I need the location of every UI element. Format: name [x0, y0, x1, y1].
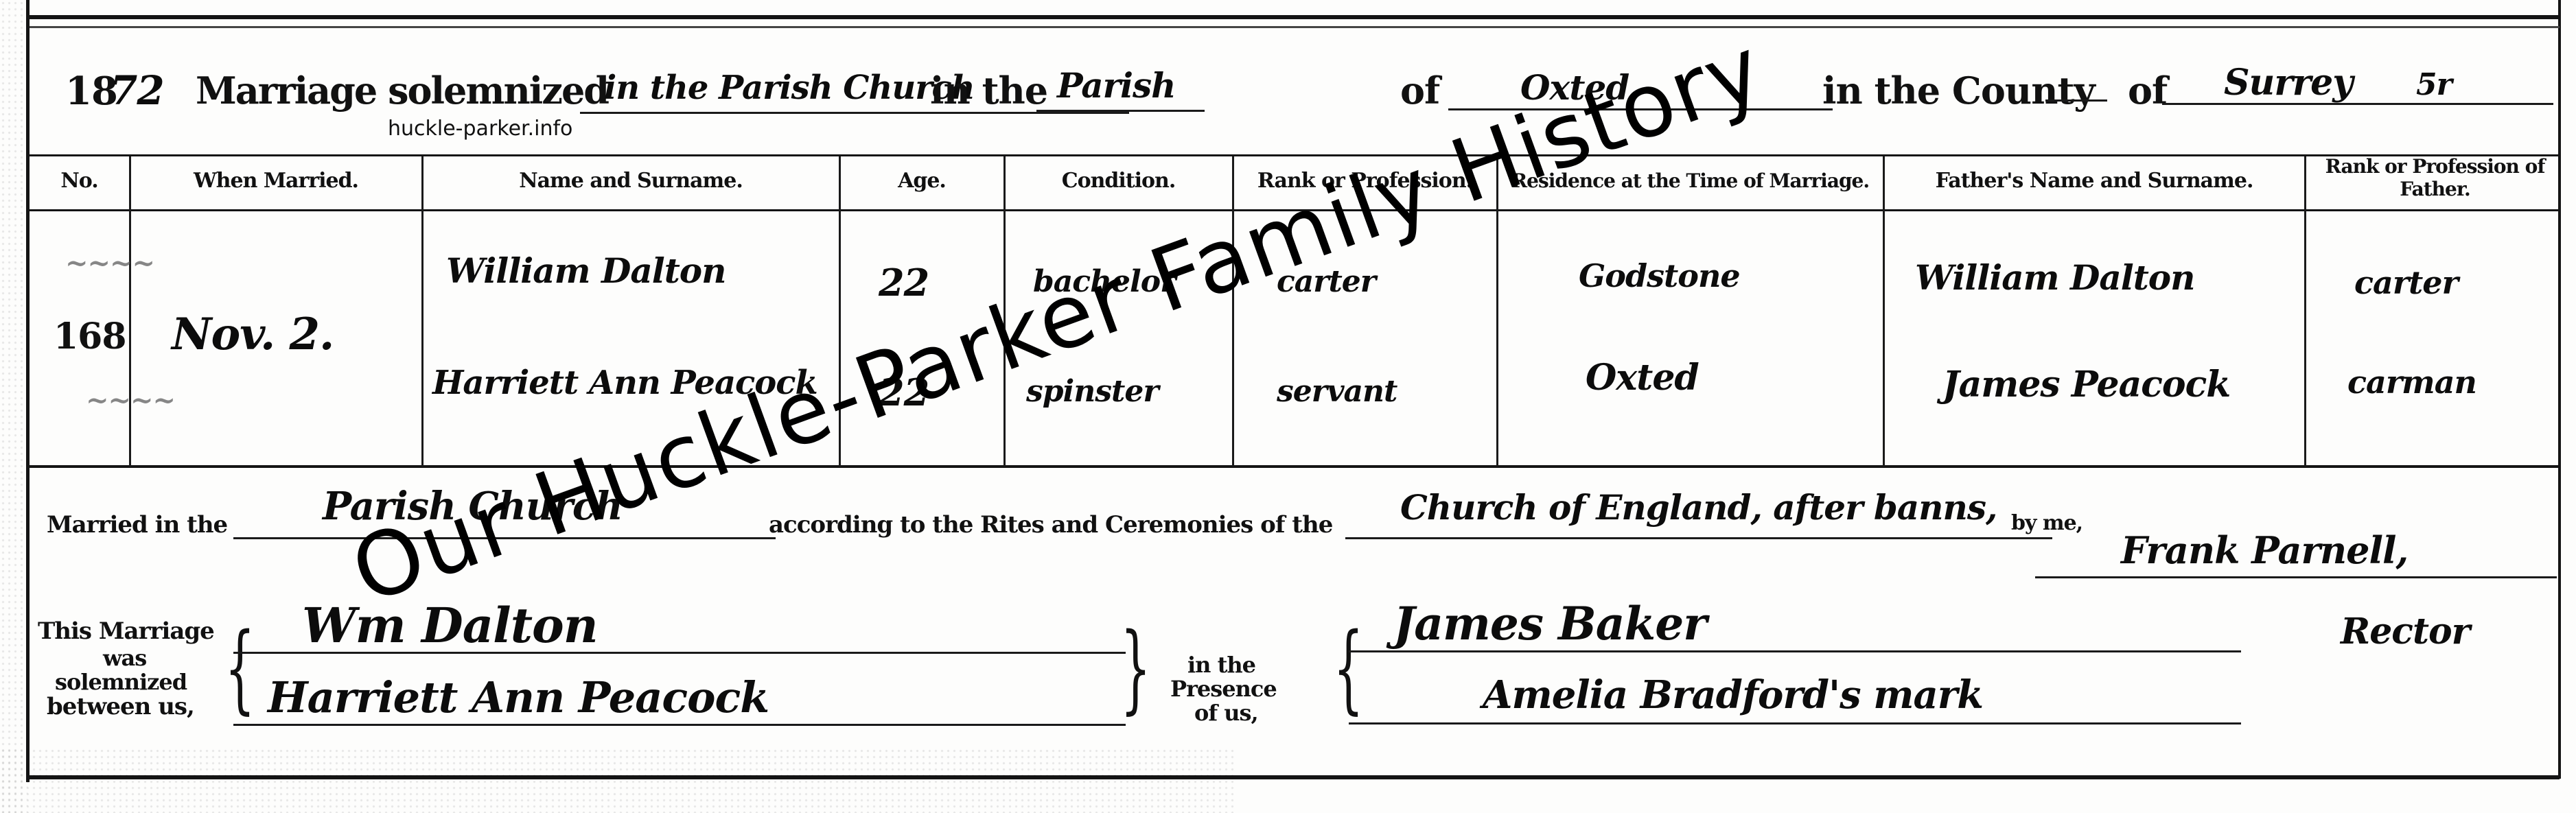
bride-signature-line — [233, 724, 1126, 726]
witness-2-line — [1349, 722, 2241, 724]
groom-age: 22 — [879, 261, 929, 305]
groom-residence: Godstone — [1579, 257, 1740, 294]
county-hand: Surrey — [2224, 62, 2352, 104]
witness-2-signature: Amelia Bradford's mark — [1483, 672, 1983, 718]
witness-1-line — [1349, 650, 2241, 652]
solemnized-label-3: solemnized — [55, 669, 187, 695]
col-header-name: Name and Surname. — [423, 169, 839, 193]
title-blank-5 — [2162, 103, 2553, 105]
col-header-father: Father's Name and Surname. — [1884, 169, 2304, 193]
bride-rank: servant — [1277, 374, 1397, 409]
col-header-condition: Condition. — [1005, 169, 1232, 193]
year-handwritten: 72 — [110, 67, 164, 114]
presence-label-2: Presence — [1170, 676, 1277, 702]
district-hand: Parish — [1057, 65, 1176, 106]
bride-father: James Peacock — [1942, 364, 2230, 405]
left-border — [26, 0, 30, 782]
officiant-blank — [2035, 576, 2557, 578]
solemnized-label-1: This Marriage — [38, 617, 214, 645]
site-watermark: huckle-parker.info — [388, 117, 572, 141]
col-header-father-rank: Rank or Profession of Father. — [2313, 155, 2557, 200]
county-of-label: of — [2128, 69, 2167, 113]
top-double-rule-thin — [30, 26, 2560, 28]
margin-annotation: ~~~~ — [65, 247, 154, 279]
col-header-when: When Married. — [130, 169, 421, 193]
entry-number: 168 — [54, 316, 126, 357]
married-in-label: Married in the — [47, 511, 227, 539]
groom-father: William Dalton — [1915, 257, 2195, 298]
col-divider — [1883, 156, 1885, 467]
page-mark: 5r — [2416, 67, 2452, 102]
solemnized-label-4: between us, — [47, 693, 194, 720]
groom-name: William Dalton — [446, 250, 726, 291]
when-married: Nov. 2. — [172, 309, 334, 360]
officiant-title: Rector — [2341, 611, 2470, 652]
brace-right: } — [1120, 621, 1151, 717]
bottom-border — [30, 775, 2560, 779]
bride-father-rank: carman — [2347, 364, 2476, 401]
col-header-no: No. — [30, 169, 129, 193]
scan-noise — [0, 0, 27, 813]
col-header-age: Age. — [840, 169, 1003, 193]
by-me-label: by me, — [2011, 511, 2082, 535]
bride-residence: Oxted — [1586, 357, 1699, 399]
brace-witness: { — [1333, 621, 1364, 717]
officiant-signature: Frank Parnell, — [2121, 528, 2408, 572]
rites-hand: Church of England, after banns, — [1400, 487, 1997, 528]
presence-label-1: in the — [1187, 652, 1255, 678]
marriage-register-page: 18 72 Marriage solemnized in the Parish … — [0, 0, 2576, 813]
according-label: according to the Rites and Ceremonies of… — [769, 511, 1332, 539]
brace-left: { — [224, 621, 255, 717]
solemnized-place-hand: in the Parish Church — [604, 69, 975, 107]
in-the-label: in the — [930, 69, 1047, 113]
scan-noise — [0, 748, 1235, 813]
title-blank-2 — [1036, 110, 1205, 112]
header-top-rule — [30, 154, 2560, 156]
top-double-rule — [30, 15, 2560, 19]
title-blank-4 — [2045, 99, 2107, 102]
solemnized-label-2: was — [103, 645, 146, 671]
title-marriage-solemnized: Marriage solemnized — [196, 69, 608, 113]
of-label: of — [1400, 69, 1439, 113]
right-border — [2558, 0, 2561, 779]
bride-signature: Harriett Ann Peacock — [268, 672, 769, 722]
witness-1-signature: James Baker — [1393, 597, 1706, 650]
row-bottom-rule — [30, 465, 2560, 468]
groom-father-rank: carter — [2354, 264, 2458, 301]
in-the-county-label: in the County — [1822, 69, 2095, 113]
rites-blank — [1345, 537, 2052, 539]
col-divider — [421, 156, 423, 467]
col-divider — [129, 156, 131, 467]
presence-label-3: of us, — [1194, 700, 1258, 726]
groom-signature: Wm Dalton — [302, 597, 598, 654]
margin-annotation: ~~~~ — [86, 384, 175, 416]
col-divider — [2304, 156, 2306, 467]
